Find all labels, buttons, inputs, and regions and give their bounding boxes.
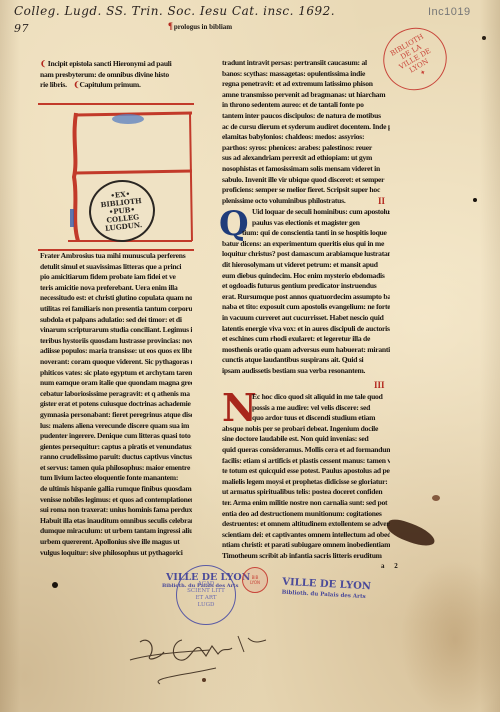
signature-mark: a 2 [381, 562, 402, 570]
text-line: necessitudo est: et christi glutino copu… [40, 293, 192, 304]
text-line: Ec hoc dico quod sit aliquid in me tale … [222, 392, 390, 403]
text-line: vinarum scripturarum studia conciliant. … [40, 325, 192, 336]
text-line: mosthenis oratio quam adversus eum habue… [222, 345, 390, 356]
ville-de-lyon-stamp-1: VILLE DE LYON Biblioth. du Palais des Ar… [162, 572, 250, 589]
text-line-content: possis a me audire: vel velis discere: s… [252, 403, 370, 412]
text-line: entia deo ad destructionem munitionum: c… [222, 509, 390, 520]
text-line: elamitas babylonios: chaldeos: medos: as… [222, 132, 390, 143]
pilcrow-icon: ¶ [168, 21, 173, 31]
text-line: utilitas rei familiaris non presentia ta… [40, 304, 192, 315]
text-line: dit hierosolymam ut videret petrum: et m… [222, 260, 390, 271]
text-line: latentis energie viva vox: et in aures d… [222, 324, 390, 335]
text-line: ipsam audissetis bestiam sua verba reson… [222, 366, 390, 377]
text-line: ac de cursu dierum et syderum audiret do… [222, 122, 390, 133]
text-line-content: Uid loquar de seculi hominibus: cum apos… [252, 207, 390, 216]
small-red-stamp: BIB LYON [242, 567, 268, 593]
incipit-line: ❨ Incipit epistola sancti Hieronymi ad p… [40, 59, 192, 70]
text-line: ut armatus spiritualibus telis: postea d… [222, 487, 390, 498]
text-line: et eschines cum rhodi exularet: et leger… [222, 334, 390, 345]
running-head-text: prologus in bibliam [174, 23, 232, 31]
text-line: in vacuum curreret aut cucurrisset. Habe… [222, 313, 390, 324]
text-line: et ogdoadis futurus gentium predicator i… [222, 281, 390, 292]
text-line-content: paulus vas electionis et magister gen [252, 218, 360, 227]
text-line: proficiens: semper se melior fieret. Scr… [222, 185, 390, 196]
text-line: cunctis atque laudantibus suspirans ait.… [222, 355, 390, 366]
text-line: adiisse populos: maria transisse: ut eos… [40, 346, 192, 357]
text-line: facilis: etiam si artificis et plastis c… [222, 456, 390, 467]
text-line: malielis legem moysi et prophetas didici… [222, 477, 390, 488]
text-line: venisse nobiles legimus: et quos ad cont… [40, 495, 192, 506]
stamp-line: ET ART [177, 595, 235, 602]
text-line: amne transmisso pervenit ad bragmanas: u… [222, 90, 390, 101]
right-column-middle: Uid loquar de seculi hominibus: cum apos… [222, 207, 390, 379]
stamp-title: VILLE DE LYON [166, 572, 250, 583]
text-line: teris amicitie nova preferebant. Uera en… [40, 283, 192, 294]
handwritten-signature [120, 632, 290, 702]
right-column-top: tradunt intravit persas: pertransiit cau… [222, 58, 390, 206]
text-line: subdola et palpans adulatio: sed dei tim… [40, 315, 192, 326]
stamp-line: LUGD [177, 602, 235, 609]
text-line: gymnasia personabant: fieret peregrinus … [40, 410, 192, 421]
text-line-content: quo ardor tuus et discendi studium etiam [252, 413, 375, 422]
text-line: tradunt intravit persas: pertransiit cau… [222, 58, 390, 69]
left-column: Frater Ambrosius tua mihi munuscula perf… [40, 251, 192, 569]
text-line: pudenter ingerere. Denique cum litteras … [40, 431, 192, 442]
chapter-label: Capitulum primum. [80, 80, 141, 89]
running-head: ¶prologus in bibliam [168, 21, 232, 31]
text-line: ranno crudelissimo paruit: ductus captiv… [40, 452, 192, 463]
text-line: urbem quererent. Apollonius sive ille ma… [40, 537, 192, 548]
text-line: banos: scythas: massagetas: opulentissim… [222, 69, 390, 80]
text-line: scientiam dei: et captivantes omnem inte… [222, 530, 390, 541]
text-line: gister erat et potens cuiusque doctrinas… [40, 399, 192, 410]
incipit-text: rie libris. [40, 80, 67, 89]
text-line: ter. Arma enim militie nostre non carnal… [222, 498, 390, 509]
text-line: batur dicens: an experimentum queritis e… [222, 239, 390, 250]
text-line: possis a me audire: vel velis discere: s… [222, 403, 390, 414]
text-line: pio amicitiarum fidem probate iam fidei … [40, 272, 192, 283]
text-line: tum livium lacteo eloquentie fonte manan… [40, 473, 192, 484]
text-line: parthos: syros: phenices: arabes: palest… [222, 143, 390, 154]
ink-speck [482, 36, 486, 40]
stamp-line: SCIENT LITT [177, 588, 235, 595]
incipit-line: nam presbyterum: de omnibus divine histo [40, 70, 192, 81]
text-line: regna penetravit: et ad extremum latissi… [222, 79, 390, 90]
water-stain [400, 560, 500, 712]
text-line: paulus vas electionis et magister gen [222, 218, 390, 229]
text-line: teribus hystoriis quosdam lustrasse prov… [40, 336, 192, 347]
text-line: Habuit illa etas inauditum omnibus secul… [40, 516, 192, 527]
text-line: tantem inter paucos discipulos: de natur… [222, 111, 390, 122]
text-line: Timotheum scribit ab infantia sacris lit… [222, 551, 390, 562]
text-line: sui roma non traxerat: unius hominis fam… [40, 505, 192, 516]
text-line: eum diebus quindecim. Hoc enim mysterio … [222, 271, 390, 282]
text-line: loquitur christus? post damascum arabiam… [222, 249, 390, 260]
text-line: de ultimis hispanie gallia rumque finibu… [40, 484, 192, 495]
text-line: tium: qui de conscientia tanti in se hos… [222, 228, 390, 239]
text-line: quid queras consideramus. Mollis cera et… [222, 445, 390, 456]
incipit-text: Incipit epistola sancti Hieronymi ad pau… [48, 59, 172, 68]
ink-speck [432, 495, 440, 501]
text-line: vulgus loquitur: sive philosophus ut pyt… [40, 548, 192, 559]
text-line: sine doctore laudabile est. Non quid inv… [222, 434, 390, 445]
text-line: erat. Rursumque post annos quatuordecim … [222, 292, 390, 303]
text-line: dumque miraculum: ut urbem tantam ingres… [40, 526, 192, 537]
text-line: et servus: tamen quia philosophus: maior… [40, 463, 192, 474]
ownership-inscription: Colleg. Lugd. SS. Trin. Soc. Iesu Cat. i… [14, 4, 335, 18]
text-line: sabulo. Invenit ille vir ubique quod dis… [222, 175, 390, 186]
chapter-mark-ii: II [378, 196, 385, 206]
text-line: detulit simul et suavissimas litteras qu… [40, 262, 192, 273]
text-line: noverant: coram quoque viderent. Sic pyt… [40, 357, 192, 368]
right-column-bottom: Ec hoc dico quod sit aliquid in me tale … [222, 392, 390, 564]
text-line: gientes persequitur: captus a piratis et… [40, 442, 192, 453]
text-line: Frater Ambrosius tua mihi munuscula perf… [40, 251, 192, 262]
incipit: ❨ Incipit epistola sancti Hieronymi ad p… [40, 59, 192, 91]
text-line: num eamque oram italie que quondam magna… [40, 378, 192, 389]
text-line-content: Ec hoc dico quod sit aliquid in me tale … [252, 392, 383, 401]
text-line: in throno sedentem aureo: et de tantali … [222, 100, 390, 111]
ink-speck [52, 582, 58, 588]
text-line: lus: malens aliena verecunde discere qua… [40, 421, 192, 432]
stamp-subtitle: Biblioth. du Palais des Arts [162, 583, 250, 589]
text-line: sus ad alexandriam perrexit ad ethiopiam… [222, 153, 390, 164]
shelfmark: Inc1019 [428, 6, 471, 18]
text-line: te totum est quicquid esse potest. Paulu… [222, 466, 390, 477]
stamp-line: LYON [243, 580, 267, 585]
chapter-mark-iii: III [374, 380, 385, 390]
text-line: phiticos vates: sic plato egyptum et arc… [40, 368, 192, 379]
text-line: naba et tito: exposuit cum apostolis eva… [222, 302, 390, 313]
ink-speck [473, 198, 477, 202]
text-line-content: tium: qui de conscientia tanti in se hos… [242, 228, 387, 237]
text-line: destruentes: et omnem altitudinem extoll… [222, 519, 390, 530]
text-line: cebatur laboriosissime peragravit: et q … [40, 389, 192, 400]
text-line: nosophistas et famosissimam solis mensam… [222, 164, 390, 175]
text-line: ntiam christi: et parati subiugare omnem… [222, 540, 390, 551]
text-line: Uid loquar de seculi hominibus: cum apos… [222, 207, 390, 218]
folio-number: 97 [14, 22, 29, 35]
text-line: absque nobis per se probari debeat. Inge… [222, 424, 390, 435]
incipit-line: rie libris. ❨Capitulum primum. [40, 80, 192, 91]
text-line: quo ardor tuus et discendi studium etiam [222, 413, 390, 424]
pilcrow-icon: ❨ [40, 59, 46, 68]
